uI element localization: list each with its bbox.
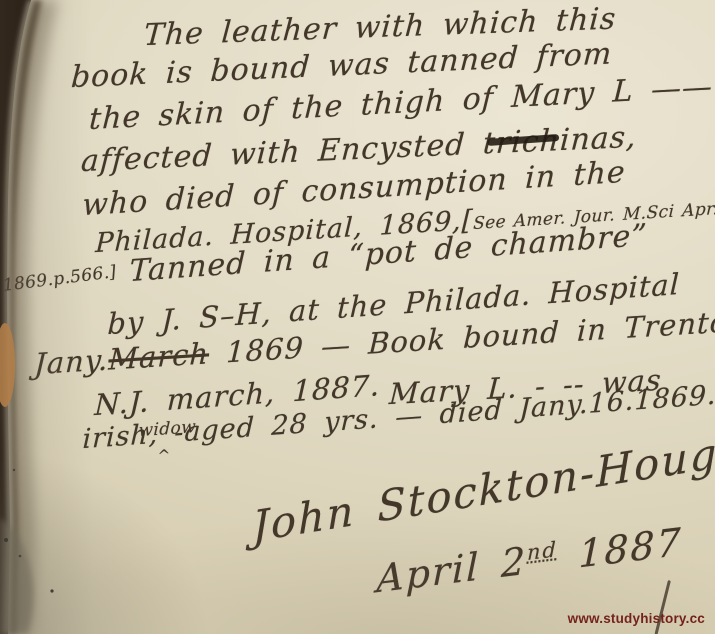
line9-month: Jany.	[34, 342, 110, 381]
date-year: 1887	[557, 519, 683, 579]
line9-struck-month: March	[108, 336, 210, 376]
insertion-caret: ^	[157, 448, 171, 465]
site-watermark: www.studyhistory.cc	[568, 611, 705, 626]
speckle	[50, 589, 53, 592]
book-page-photo: The leather with which this book is boun…	[0, 0, 715, 634]
speckle	[19, 555, 22, 558]
line11-insertion: widow^	[158, 442, 174, 443]
speckle	[13, 469, 15, 471]
signature-date: April 2nd 1887	[376, 522, 683, 600]
date-ordinal: nd	[527, 537, 558, 565]
date-day: April 2	[376, 539, 527, 602]
speckle	[4, 538, 8, 542]
